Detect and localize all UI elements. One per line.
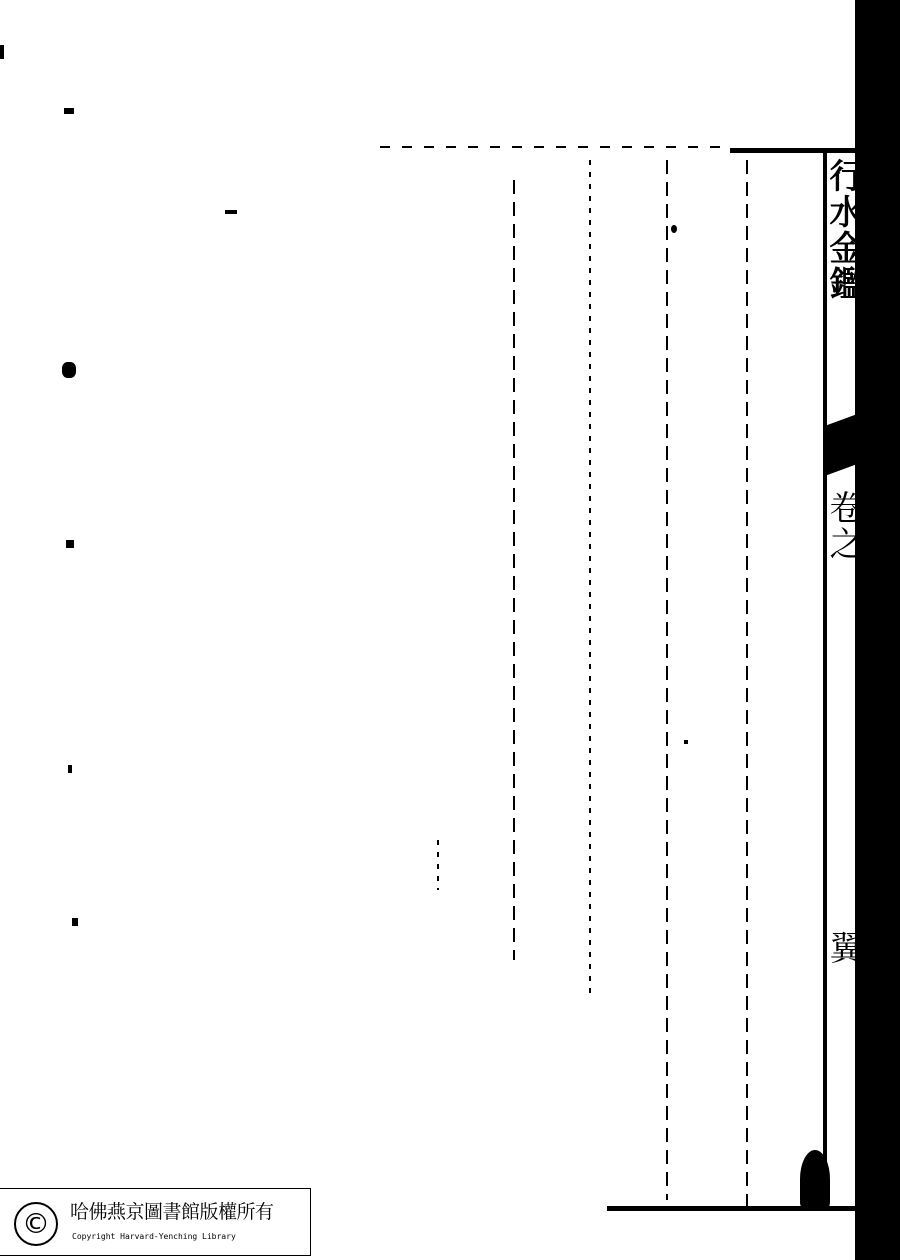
- top-frame-rule: [730, 148, 860, 153]
- column-rule: [437, 840, 439, 890]
- copyright-icon: ©: [14, 1202, 58, 1246]
- ink-speck: [68, 765, 72, 773]
- column-rule: [589, 160, 591, 1000]
- ink-speck: [684, 740, 688, 744]
- ink-blot: [800, 1150, 830, 1208]
- fish-tail-mark: [826, 415, 856, 476]
- ink-speck: [671, 225, 677, 233]
- inner-border-rule: [823, 150, 827, 1210]
- binding-spine: [855, 0, 900, 1260]
- ink-speck: [62, 362, 76, 378]
- copyright-chinese-text: 哈佛燕京圖書館版權所有: [70, 1197, 274, 1224]
- bottom-frame-rule: [607, 1206, 869, 1211]
- copyright-english-text: Copyright Harvard-Yenching Library: [72, 1232, 236, 1241]
- copyright-stamp: © 哈佛燕京圖書館版權所有 Copyright Harvard-Yenching…: [0, 1188, 311, 1256]
- top-frame-rule-faint: [380, 146, 730, 148]
- column-rule: [513, 180, 515, 960]
- ink-speck: [72, 918, 78, 926]
- column-rule: [666, 160, 668, 1200]
- ink-speck: [225, 210, 237, 214]
- ink-speck: [0, 45, 4, 59]
- ink-speck: [64, 108, 74, 114]
- column-rule: [746, 160, 748, 1210]
- ink-speck: [66, 540, 74, 548]
